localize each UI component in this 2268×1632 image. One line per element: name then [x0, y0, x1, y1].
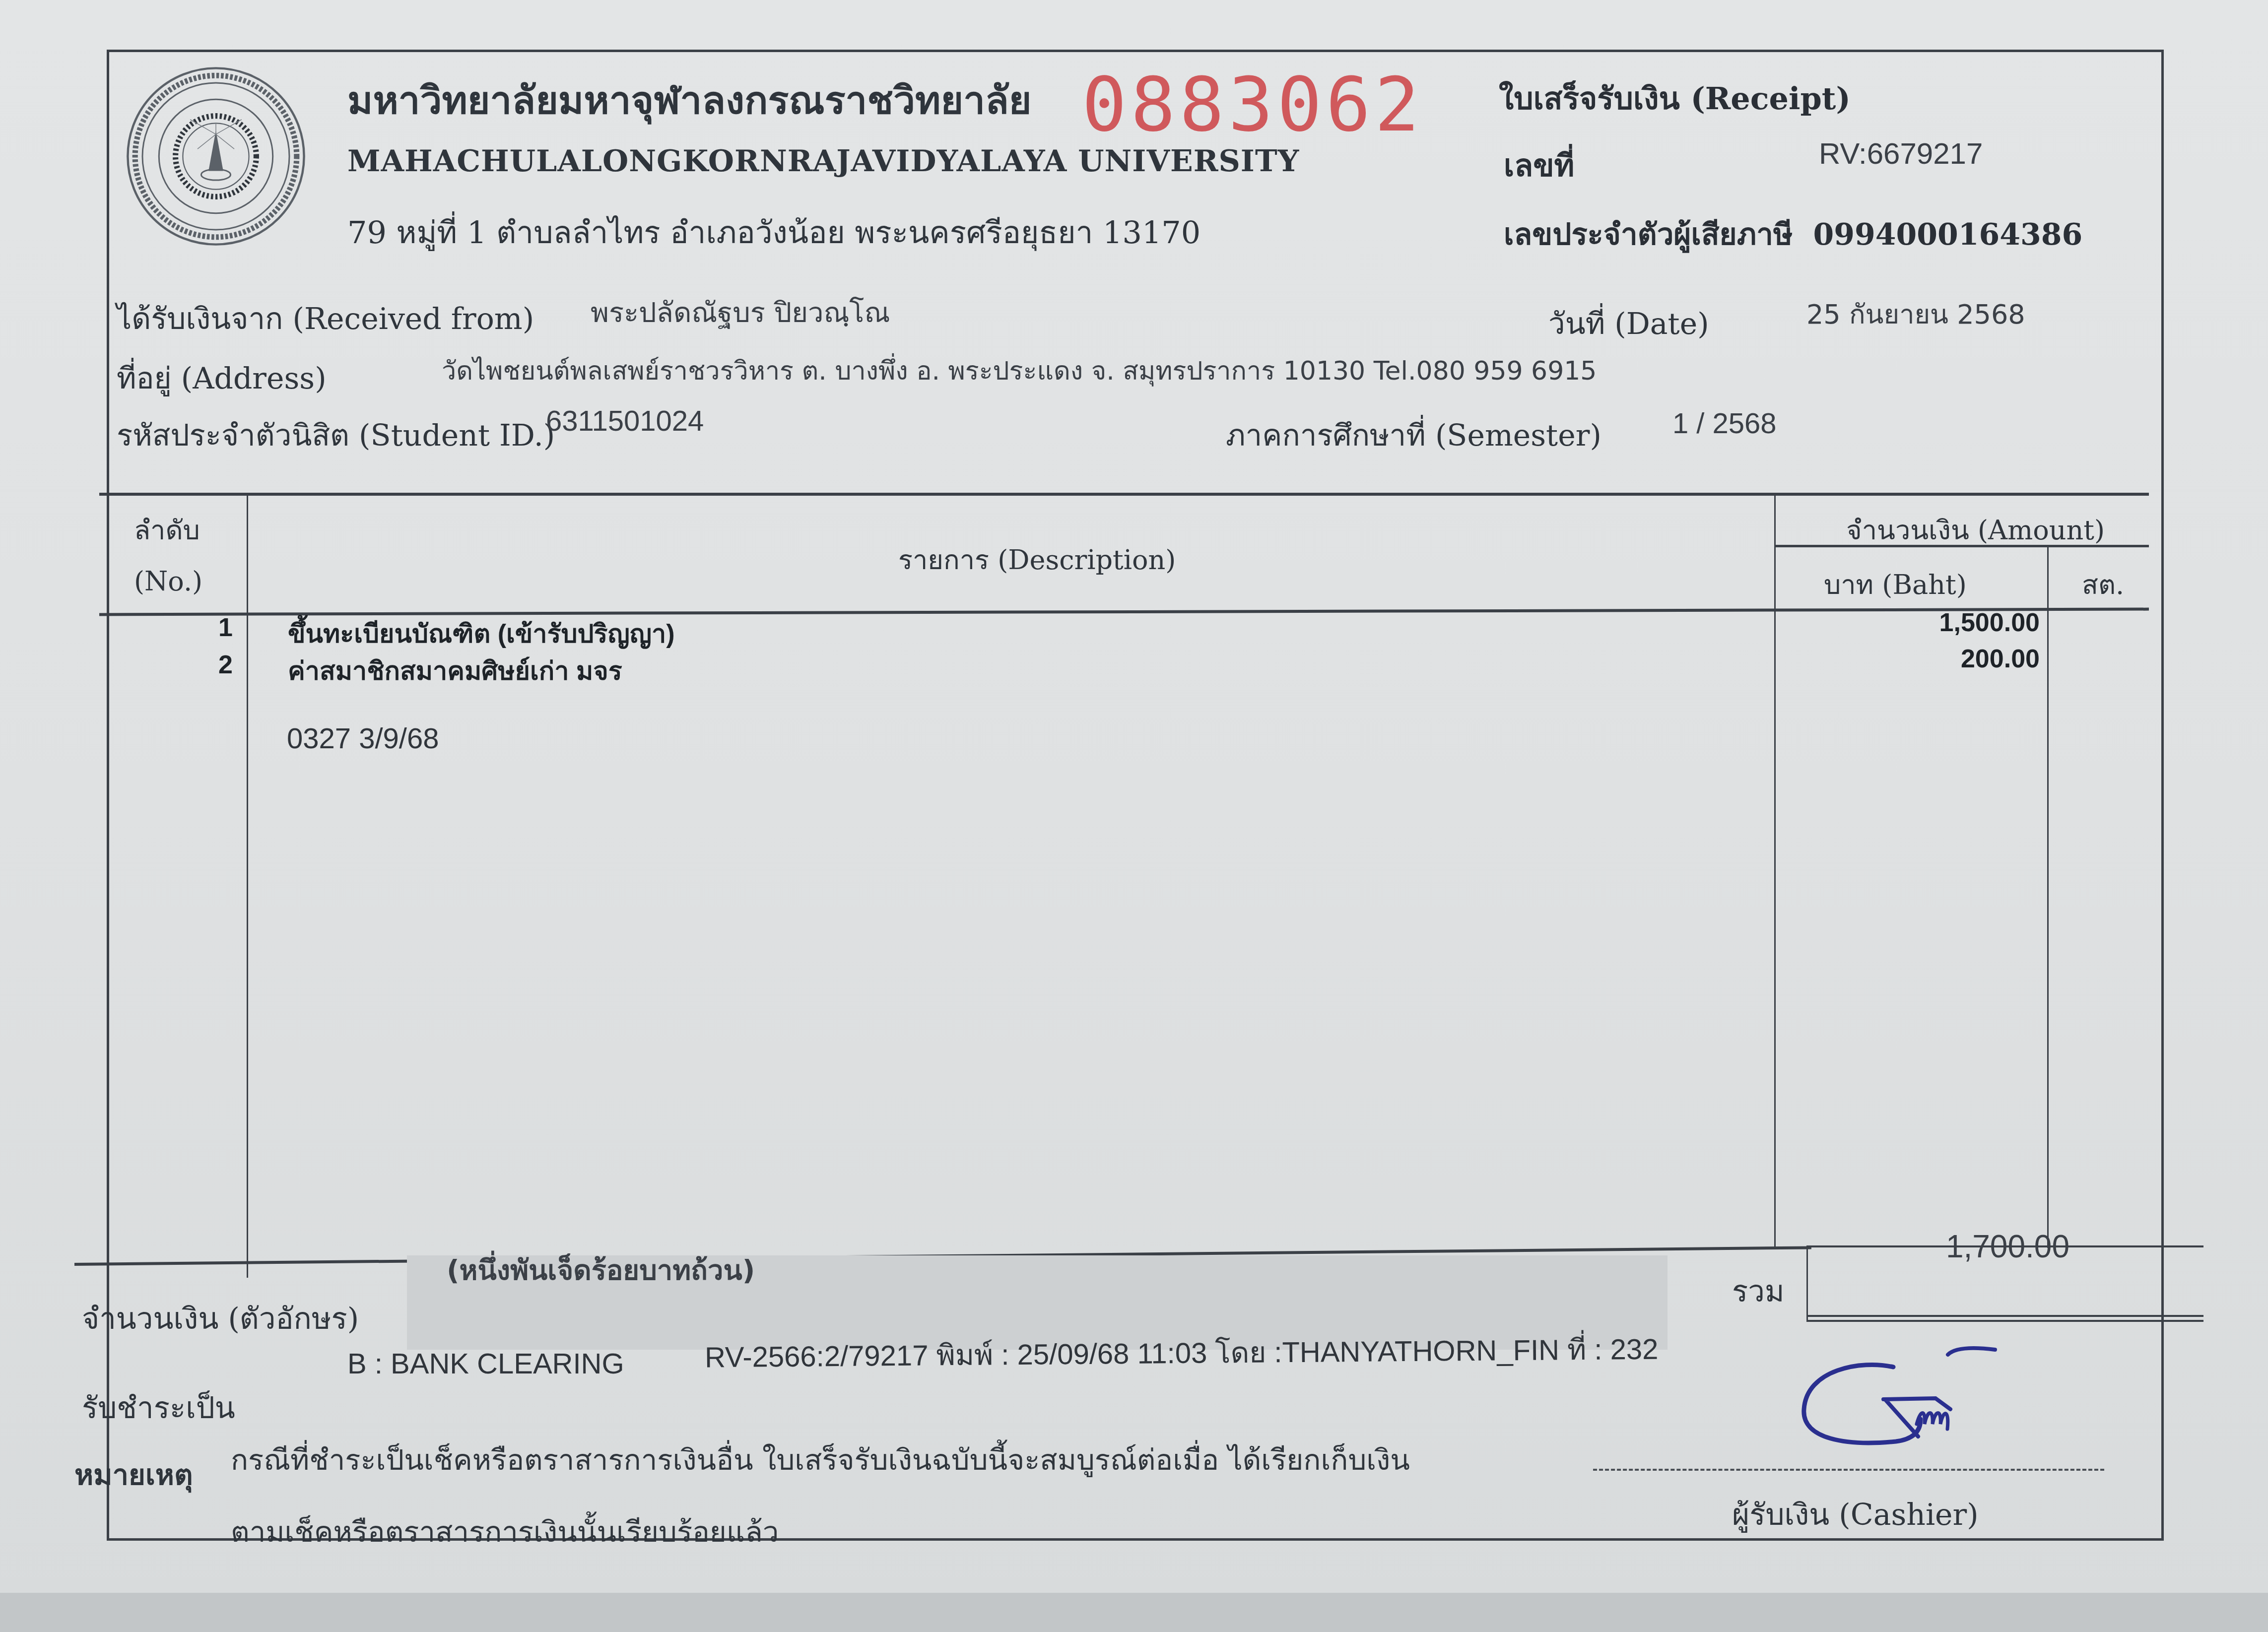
total-double-border	[1806, 1320, 2203, 1322]
item-amount: 1,500.00	[1841, 608, 2040, 638]
item-description: ขึ้นทะเบียนบัณฑิต (เข้ารับปริญญา)	[288, 613, 675, 654]
background-surface	[0, 1593, 2268, 1632]
item-number: 2	[218, 650, 233, 680]
col-header-description: รายการ (Description)	[898, 538, 1176, 581]
university-seal-icon	[124, 65, 308, 248]
item-number: 1	[218, 613, 233, 643]
col-header-satang: สต.	[2082, 563, 2124, 606]
item-note: 0327 3/9/68	[287, 722, 439, 755]
item-description: ค่าสมาชิกสมาคมศิษย์เก่า มจร	[288, 650, 622, 691]
tax-id-label-text: เลขประจำตัวผู้เสียภาษี	[1504, 217, 1793, 252]
university-name-english: MAHACHULALONGKORNRAJAVIDYALAYA UNIVERSIT…	[347, 144, 1299, 179]
total-bottom-border	[1806, 1315, 2203, 1317]
total-label: รวม	[1732, 1268, 1784, 1315]
semester-label: ภาคการศึกษาที่ (Semester)	[1226, 412, 1601, 459]
total-amount: 1,700.00	[1861, 1228, 2069, 1265]
col-divider-satang	[2047, 546, 2049, 1248]
item-amount: 200.00	[1841, 644, 2040, 674]
address-label: ที่อยู่ (Address)	[117, 355, 327, 402]
amount-words-label: จำนวนเงิน (ตัวอักษร)	[82, 1295, 359, 1342]
student-id-value: 6311501024	[546, 404, 704, 438]
print-info: RV-2566:2/79217 พิมพ์ : 25/09/68 11:03 โ…	[705, 1326, 1659, 1380]
col-header-baht: บาท (Baht)	[1824, 563, 1967, 606]
cashier-label: ผู้รับเงิน (Cashier)	[1732, 1491, 1979, 1538]
tax-id-value: 0994000164386	[1813, 217, 2082, 252]
amount-in-words: (หนึ่งพันเจ็ดร้อยบาทถ้วน)	[447, 1248, 755, 1292]
col-header-amount: จำนวนเงิน (Amount)	[1846, 509, 2105, 551]
tax-id-label: เลขประจำตัวผู้เสียภาษี 0994000164386	[1504, 211, 2082, 258]
total-left-border	[1806, 1245, 1808, 1320]
date-label: วันที่ (Date)	[1548, 300, 1709, 347]
col-divider-amount	[1774, 494, 1776, 1248]
university-address: 79 หมู่ที่ 1 ตำบลลำไทร อำเภอวังน้อย พระน…	[347, 208, 1201, 257]
received-from-label: ได้รับเงินจาก (Received from)	[117, 295, 534, 342]
col-divider-no	[247, 494, 248, 1278]
table-top-border	[99, 493, 2149, 496]
remarks-line-2: ตามเช็คหรือตราสารการเงินนั้นเรียบร้อยแล้…	[231, 1508, 779, 1555]
col-header-no-th: ลำดับ	[134, 509, 200, 551]
received-from-value: พระปลัดณัฐบร ปิยวณฺโณ	[591, 290, 890, 334]
remarks-label: หมายเหตุ	[74, 1451, 193, 1498]
payment-method: B : BANK CLEARING	[347, 1347, 624, 1380]
student-id-label: รหัสประจำตัวนิสิต (Student ID.)	[117, 412, 555, 459]
signature-line	[1593, 1469, 2104, 1471]
university-name-thai: มหาวิทยาลัยมหาจุฬาลงกรณราชวิทยาลัย	[347, 69, 1032, 131]
receipt-number-label: เลขที่	[1504, 141, 1574, 190]
semester-value: 1 / 2568	[1672, 407, 1777, 440]
col-header-no-en: (No.)	[134, 566, 202, 597]
payment-method-label: รับชำระเป็น	[82, 1384, 235, 1432]
serial-number: 0883062	[1082, 62, 1423, 148]
remarks-line-1: กรณีที่ชำระเป็นเช็คหรือตราสารการเงินอื่น…	[231, 1436, 1410, 1483]
document-title: ใบเสร็จรับเงิน (Receipt)	[1499, 74, 1851, 123]
cashier-signature-icon	[1787, 1340, 2065, 1459]
receipt-number: RV:6679217	[1819, 136, 1983, 171]
date-value: 25 กันยายน 2568	[1806, 293, 2025, 335]
address-value: วัดไพชยนต์พลเสพย์ราชวรวิหาร ต. บางพึ่ง อ…	[442, 350, 1597, 391]
